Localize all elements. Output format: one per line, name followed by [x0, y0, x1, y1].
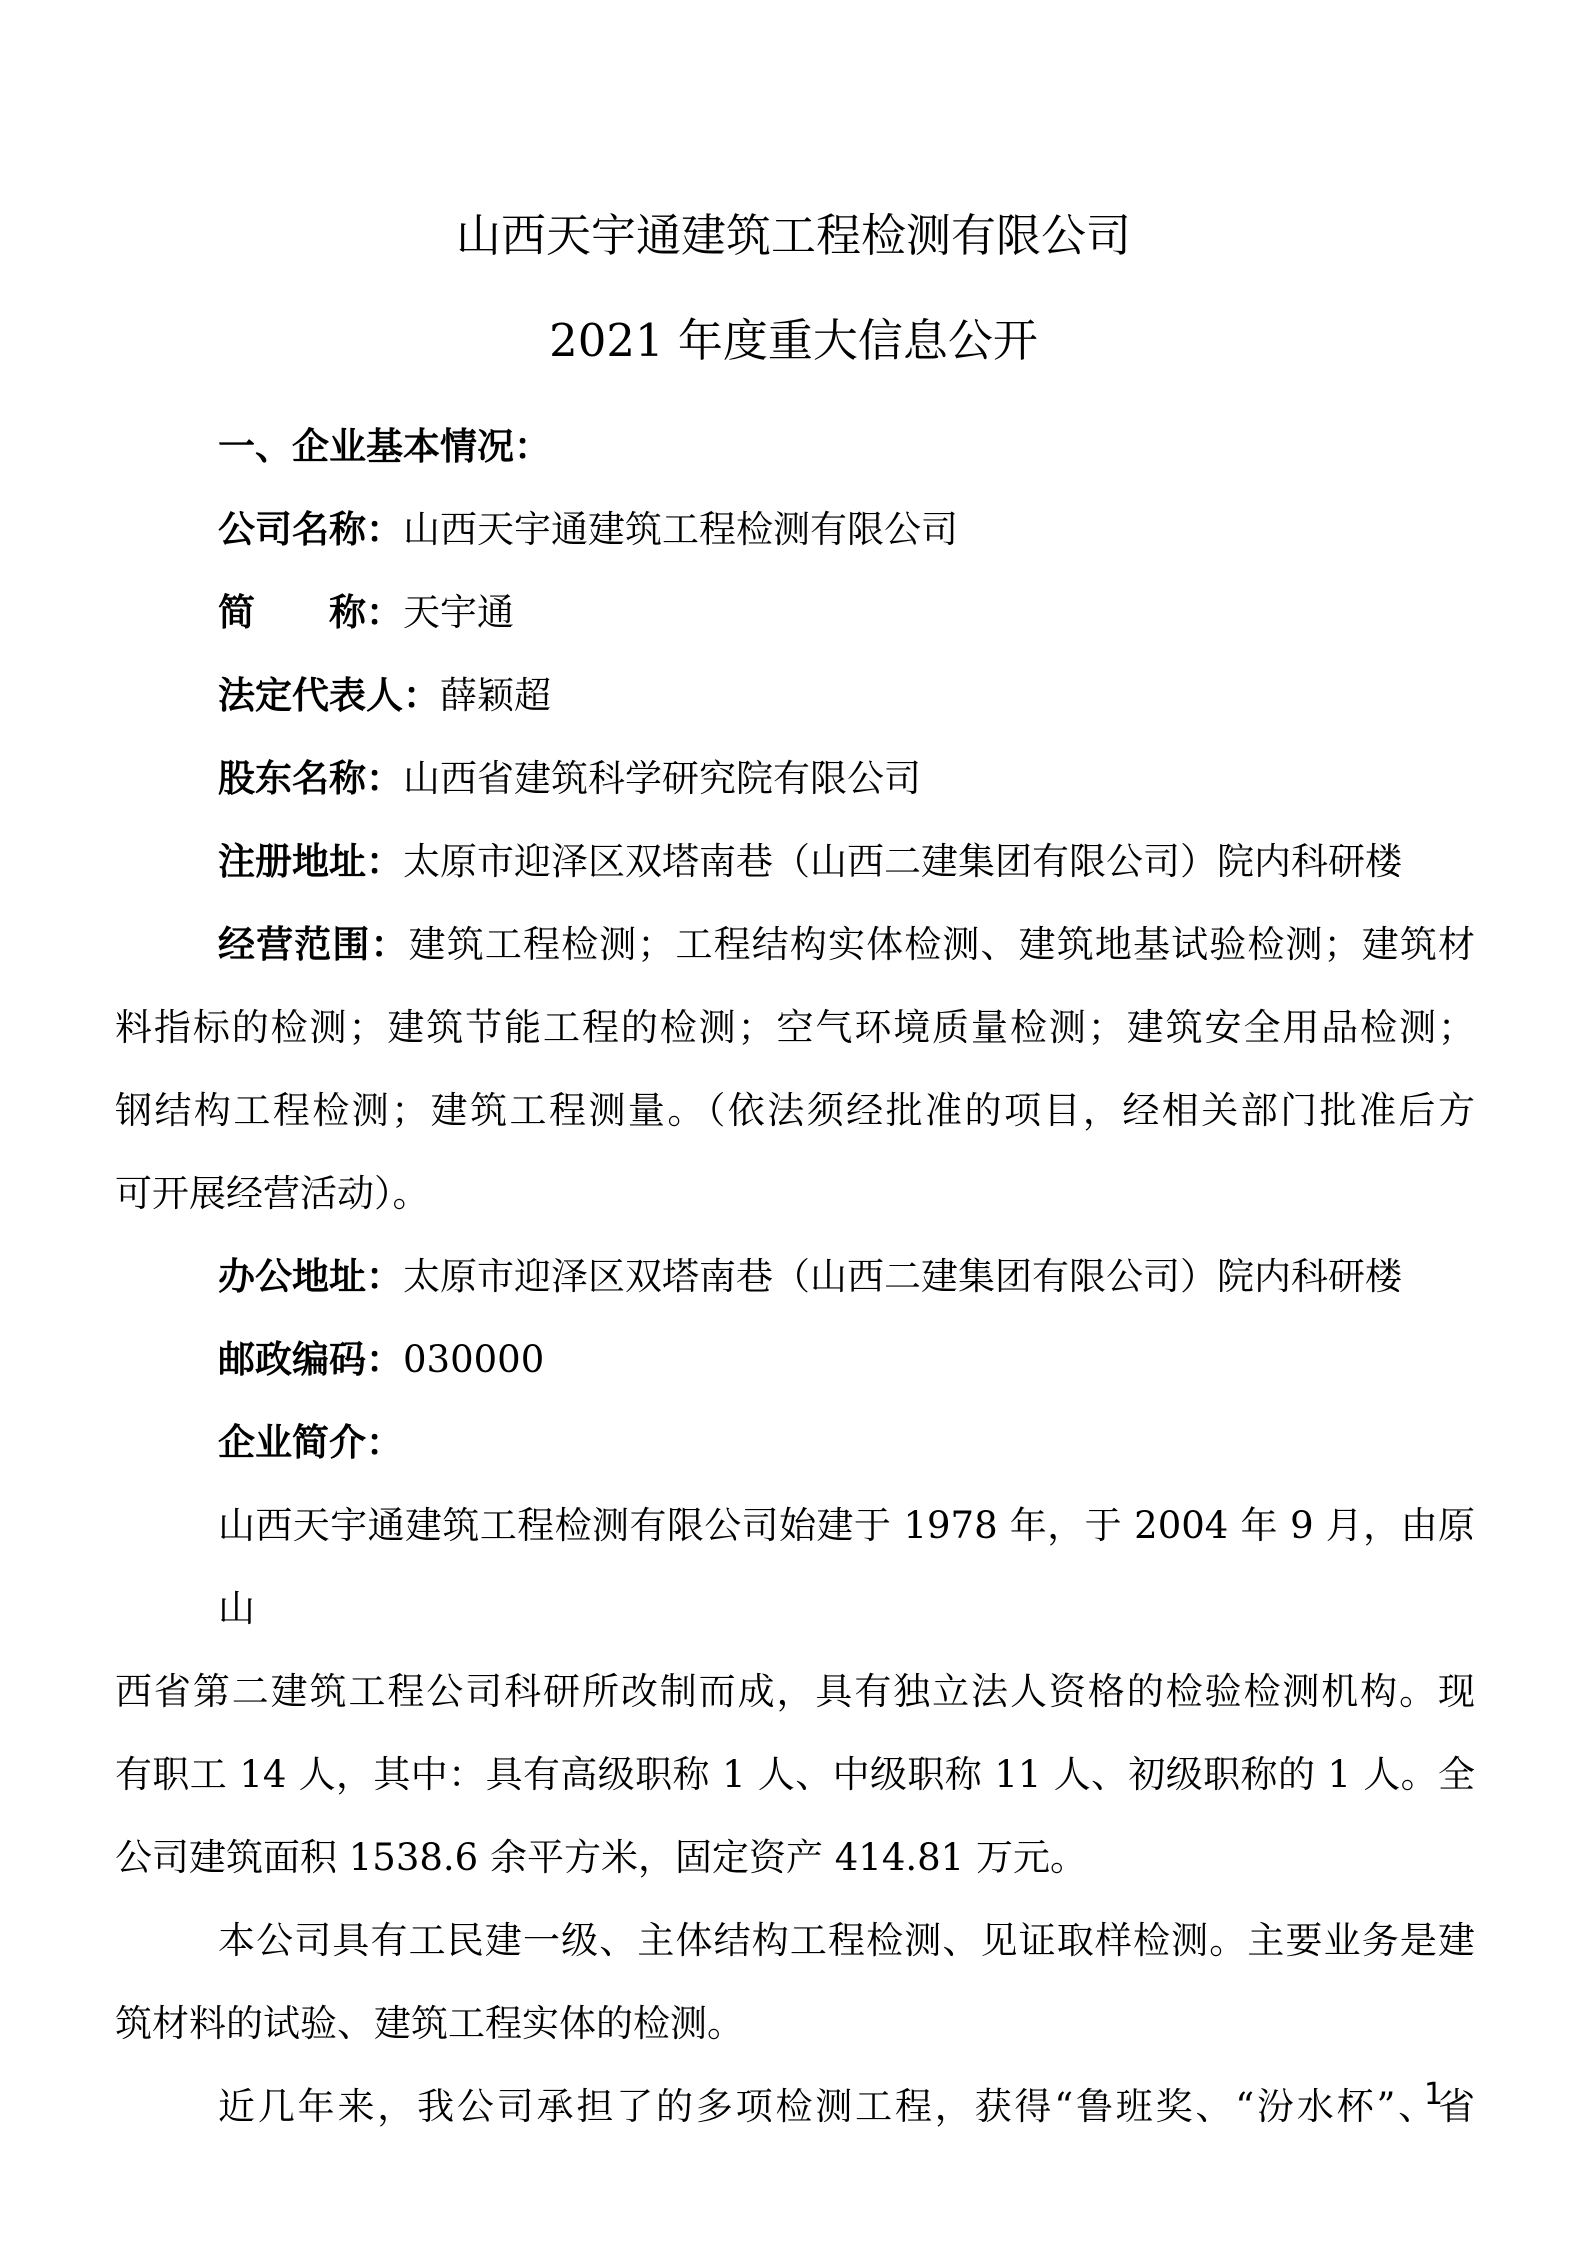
field-label: 邮政编码：	[218, 1337, 403, 1381]
field-value: 太原市迎泽区双塔南巷（山西二建集团有限公司）院内科研楼	[403, 840, 1402, 883]
field-value: 有职工 14 人，其中：具有高级职称 1 人、中级职称 11 人、初级职称的 1…	[115, 1753, 1475, 1796]
field-value: 山西天宇通建筑工程检测有限公司始建于 1978 年，于 2004 年 9 月，由…	[218, 1504, 1475, 1630]
title-line-2: 2021 年度重大信息公开	[0, 288, 1587, 393]
field-value: 山西省建筑科学研究院有限公司	[403, 757, 921, 800]
field-value: 料指标的检测；建筑节能工程的检测；空气环境质量检测；建筑安全用品检测；	[115, 1006, 1475, 1049]
text-line: 料指标的检测；建筑节能工程的检测；空气环境质量检测；建筑安全用品检测；	[115, 986, 1475, 1069]
text-line: 一、企业基本情况：	[115, 405, 1475, 488]
field-value: 本公司具有工民建一级、主体结构工程检测、见证取样检测。主要业务是建	[218, 1919, 1475, 1962]
text-line: 企业简介：	[115, 1401, 1475, 1484]
field-value: 030000	[403, 1338, 544, 1381]
field-label: 法定代表人：	[218, 673, 440, 717]
field-value: 天宇通	[403, 591, 514, 634]
text-line: 有职工 14 人，其中：具有高级职称 1 人、中级职称 11 人、初级职称的 1…	[115, 1733, 1475, 1816]
text-line: 法定代表人：薛颖超	[115, 654, 1475, 737]
field-label: 办公地址：	[218, 1254, 403, 1298]
field-value: 筑材料的试验、建筑工程实体的检测。	[115, 2002, 744, 2045]
field-value: 建筑工程检测；工程结构实体检测、建筑地基试验检测；建筑材	[409, 923, 1475, 966]
field-value: 薛颖超	[440, 674, 551, 717]
text-line: 可开展经营活动）。	[115, 1152, 1475, 1235]
field-label: 公司名称：	[218, 507, 403, 551]
text-line: 筑材料的试验、建筑工程实体的检测。	[115, 1982, 1475, 2065]
text-line: 办公地址：太原市迎泽区双塔南巷（山西二建集团有限公司）院内科研楼	[115, 1235, 1475, 1318]
field-value: 太原市迎泽区双塔南巷（山西二建集团有限公司）院内科研楼	[403, 1255, 1402, 1298]
text-line: 简 称：天宇通	[115, 571, 1475, 654]
field-label: 股东名称：	[218, 756, 403, 800]
field-label: 一、企业基本情况：	[218, 424, 551, 468]
text-line: 邮政编码：030000	[115, 1318, 1475, 1401]
text-line: 近几年来，我公司承担了的多项检测工程，获得“鲁班奖、“汾水杯”、省	[115, 2065, 1475, 2148]
text-line: 股东名称：山西省建筑科学研究院有限公司	[115, 737, 1475, 820]
field-value: 近几年来，我公司承担了的多项检测工程，获得“鲁班奖、“汾水杯”、省	[218, 2085, 1475, 2128]
document-title: 山西天宇通建筑工程检测有限公司 2021 年度重大信息公开	[0, 0, 1587, 393]
title-line-1: 山西天宇通建筑工程检测有限公司	[0, 183, 1587, 288]
text-line: 山西天宇通建筑工程检测有限公司始建于 1978 年，于 2004 年 9 月，由…	[115, 1484, 1475, 1650]
field-value: 公司建筑面积 1538.6 余平方米，固定资产 414.81 万元。	[115, 1836, 1087, 1879]
field-label: 注册地址：	[218, 839, 403, 883]
text-line: 经营范围：建筑工程检测；工程结构实体检测、建筑地基试验检测；建筑材	[115, 903, 1475, 986]
text-line: 西省第二建筑工程公司科研所改制而成，具有独立法人资格的检验检测机构。现	[115, 1650, 1475, 1733]
document-page: 山西天宇通建筑工程检测有限公司 2021 年度重大信息公开 一、企业基本情况：公…	[0, 0, 1587, 2245]
field-value: 钢结构工程检测；建筑工程测量。（依法须经批准的项目，经相关部门批准后方	[115, 1089, 1475, 1132]
text-line: 公司名称：山西天宇通建筑工程检测有限公司	[115, 488, 1475, 571]
text-line: 本公司具有工民建一级、主体结构工程检测、见证取样检测。主要业务是建	[115, 1899, 1475, 1982]
field-value: 山西天宇通建筑工程检测有限公司	[403, 508, 958, 551]
document-body: 一、企业基本情况：公司名称：山西天宇通建筑工程检测有限公司简 称：天宇通法定代表…	[115, 405, 1475, 2148]
field-label: 经营范围：	[218, 922, 409, 966]
text-line: 钢结构工程检测；建筑工程测量。（依法须经批准的项目，经相关部门批准后方	[115, 1069, 1475, 1152]
field-value: 可开展经营活动）。	[115, 1172, 430, 1215]
page-number: 1	[1424, 2080, 1443, 2110]
text-line: 注册地址：太原市迎泽区双塔南巷（山西二建集团有限公司）院内科研楼	[115, 820, 1475, 903]
field-label: 简 称：	[218, 590, 403, 634]
text-line: 公司建筑面积 1538.6 余平方米，固定资产 414.81 万元。	[115, 1816, 1475, 1899]
field-value: 西省第二建筑工程公司科研所改制而成，具有独立法人资格的检验检测机构。现	[115, 1670, 1475, 1713]
field-label: 企业简介：	[218, 1420, 403, 1464]
